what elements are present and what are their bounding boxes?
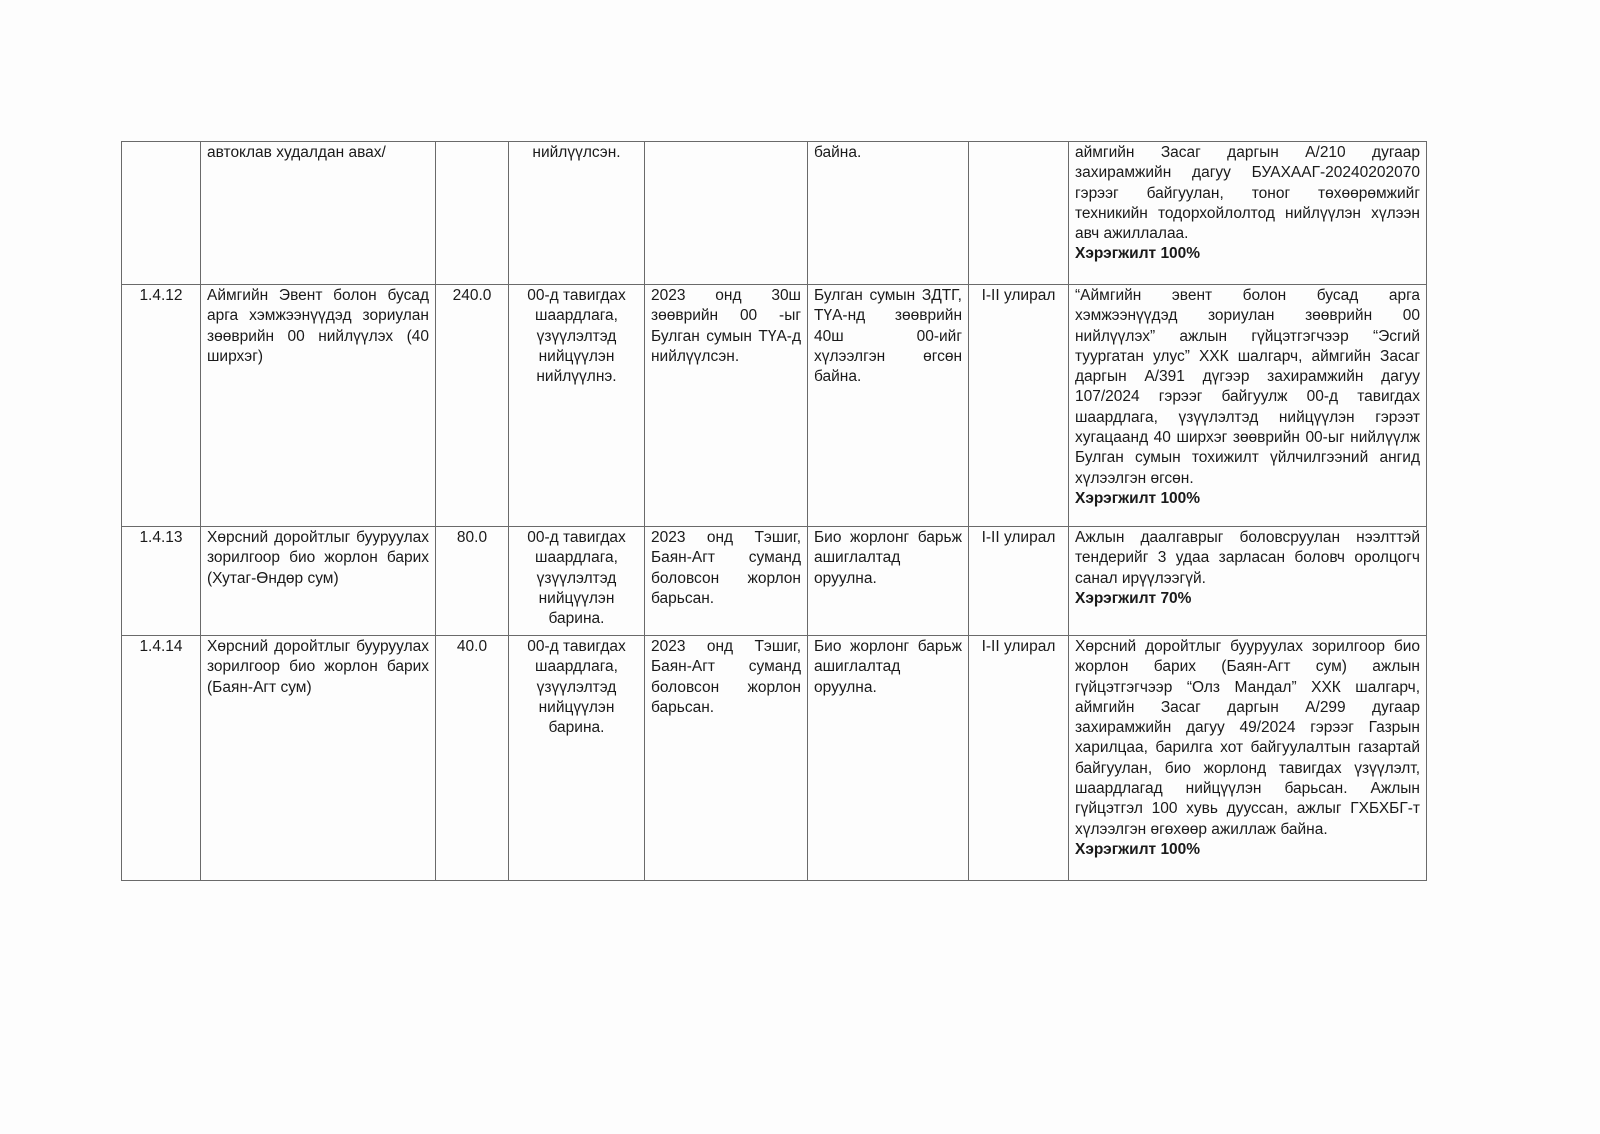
document-page: автоклав худалдан авах/ нийлүүлсэн. байн… (0, 0, 1600, 1134)
table-row: автоклав худалдан авах/ нийлүүлсэн. байн… (122, 142, 1427, 285)
progress-text: “Аймгийн эвент болон бусад арга хэмжээнү… (1075, 287, 1420, 487)
progress-text: Хөрсний доройтлыг бууруулах зорилгоор би… (1075, 638, 1420, 838)
item-number (122, 142, 201, 285)
target-criteria: 00-д тавигдах шаардлага, үзүүлэлтэд нийц… (509, 527, 645, 636)
item-number: 1.4.13 (122, 527, 201, 636)
task-description: автоклав худалдан авах/ (201, 142, 436, 285)
budget-amount (436, 142, 509, 285)
budget-amount: 80.0 (436, 527, 509, 636)
progress-report: аймгийн Засаг даргын А/210 дугаар захира… (1069, 142, 1427, 285)
progress-report: Ажлын даалгаврыг боловсруулан нээлттэй т… (1069, 527, 1427, 636)
budget-amount: 240.0 (436, 285, 509, 527)
expected-result: Булган сумын ЗДТГ, ТҮА-нд зөөврийн 40ш 0… (808, 285, 969, 527)
item-number: 1.4.12 (122, 285, 201, 527)
baseline-level: 2023 онд Тэшиг, Баян-Агт суманд боловсон… (645, 527, 808, 636)
implementation-report-table: автоклав худалдан авах/ нийлүүлсэн. байн… (121, 141, 1427, 881)
task-description: Хөрсний доройтлыг бууруулах зорилгоор би… (201, 527, 436, 636)
target-criteria: 00-д тавигдах шаардлага, үзүүлэлтэд нийц… (509, 285, 645, 527)
task-description: Аймгийн Эвент болон бусад арга хэмжээнүү… (201, 285, 436, 527)
table-row: 1.4.14 Хөрсний доройтлыг бууруулах зорил… (122, 636, 1427, 881)
status-label: Хэрэгжилт 100% (1075, 244, 1420, 264)
target-criteria: нийлүүлсэн. (509, 142, 645, 285)
expected-result: Био жорлонг барьж ашиглалтад оруулна. (808, 527, 969, 636)
table-row: 1.4.12 Аймгийн Эвент болон бусад арга хэ… (122, 285, 1427, 527)
implementation-period: I-II улирал (969, 527, 1069, 636)
expected-result: Био жорлонг барьж ашиглалтад оруулна. (808, 636, 969, 881)
status-label: Хэрэгжилт 70% (1075, 589, 1420, 609)
budget-amount: 40.0 (436, 636, 509, 881)
progress-text: аймгийн Засаг даргын А/210 дугаар захира… (1075, 144, 1420, 242)
baseline-level: 2023 онд Тэшиг, Баян-Агт суманд боловсон… (645, 636, 808, 881)
status-label: Хэрэгжилт 100% (1075, 489, 1420, 509)
baseline-level: 2023 онд 30ш зөөврийн 00 -ыг Булган сумы… (645, 285, 808, 527)
status-label: Хэрэгжилт 100% (1075, 840, 1420, 860)
table-row: 1.4.13 Хөрсний доройтлыг бууруулах зорил… (122, 527, 1427, 636)
baseline-level (645, 142, 808, 285)
progress-text: Ажлын даалгаврыг боловсруулан нээлттэй т… (1075, 529, 1420, 587)
target-criteria: 00-д тавигдах шаардлага, үзүүлэлтэд нийц… (509, 636, 645, 881)
task-description: Хөрсний доройтлыг бууруулах зорилгоор би… (201, 636, 436, 881)
expected-result: байна. (808, 142, 969, 285)
progress-report: Хөрсний доройтлыг бууруулах зорилгоор би… (1069, 636, 1427, 881)
implementation-period: I-II улирал (969, 285, 1069, 527)
item-number: 1.4.14 (122, 636, 201, 881)
progress-report: “Аймгийн эвент болон бусад арга хэмжээнү… (1069, 285, 1427, 527)
implementation-period: I-II улирал (969, 636, 1069, 881)
implementation-period (969, 142, 1069, 285)
